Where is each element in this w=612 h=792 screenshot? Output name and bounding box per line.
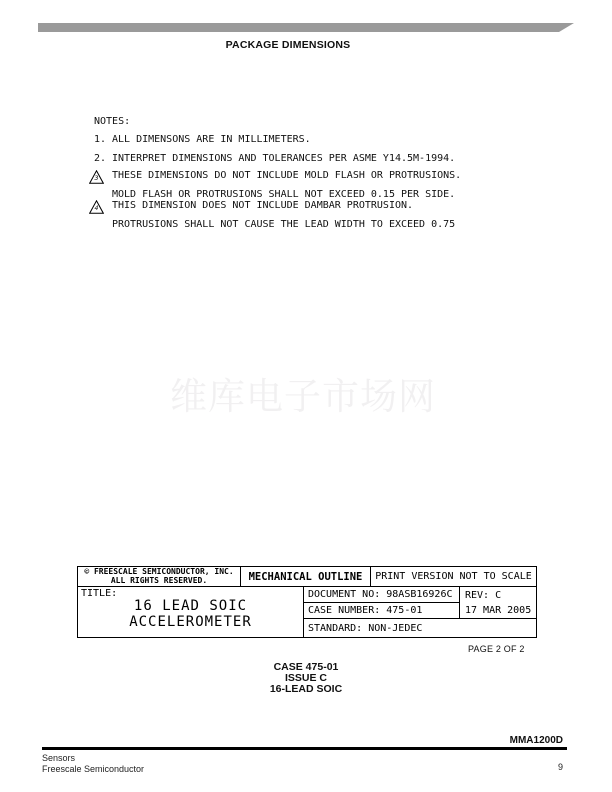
footer-left-block: Sensors Freescale Semiconductor [42, 753, 144, 774]
title-cell: TITLE: 16 LEAD SOIC ACCELEROMETER [78, 587, 304, 637]
note-number-1: 1. [94, 135, 112, 145]
document-code: MMA1200D [510, 735, 563, 746]
case-summary-block: CASE 475-01 ISSUE C 16-LEAD SOIC [0, 662, 612, 695]
revision-column: REV: C 17 MAR 2005 [460, 587, 536, 618]
footer-divider [42, 747, 567, 750]
note-text-3-line1: THESE DIMENSIONS DO NOT INCLUDE MOLD FLA… [112, 170, 461, 181]
footer-company: Freescale Semiconductor [42, 764, 144, 775]
footer-page-number: 9 [558, 762, 563, 772]
triangle-marker-icon: 4 [89, 200, 106, 214]
notes-heading: NOTES: [94, 116, 130, 127]
case-summary-line3: 16-LEAD SOIC [0, 684, 612, 695]
note-item-1: 1. ALL DIMENSONS ARE IN MILLIMETERS. [94, 135, 311, 145]
title-block-right-section: DOCUMENT NO: 98ASB16926C CASE NUMBER: 47… [304, 587, 536, 637]
watermark-text: 维库电子市场网 [170, 366, 450, 420]
copyright-line2: ALL RIGHTS RESERVED. [111, 577, 207, 586]
document-column: DOCUMENT NO: 98ASB16926C CASE NUMBER: 47… [304, 587, 460, 618]
note-text-2: INTERPRET DIMENSIONS AND TOLERANCES PER … [112, 154, 455, 164]
date-cell: 17 MAR 2005 [460, 603, 536, 618]
print-version-cell: PRINT VERSION NOT TO SCALE [371, 567, 536, 586]
note-text-1: ALL DIMENSONS ARE IN MILLIMETERS. [112, 135, 311, 145]
device-title: 16 LEAD SOIC ACCELEROMETER [78, 598, 303, 630]
note-text-4-line1: THIS DIMENSION DOES NOT INCLUDE DAMBAR P… [112, 200, 413, 211]
datasheet-page: PACKAGE DIMENSIONS 维库电子市场网 NOTES: 1. ALL… [0, 0, 612, 792]
note-item-4: 4 THIS DIMENSION DOES NOT INCLUDE DAMBAR… [89, 201, 455, 230]
note-text-3-line2: MOLD FLASH OR PROTRUSIONS SHALL NOT EXCE… [112, 189, 455, 200]
note-text-4-line2: PROTRUSIONS SHALL NOT CAUSE THE LEAD WID… [112, 219, 455, 230]
page-title: PACKAGE DIMENSIONS [0, 39, 576, 51]
note-number-4: 4 [89, 204, 104, 212]
mechanical-outline-cell: MECHANICAL OUTLINE [241, 567, 371, 586]
note-number-3: 3 [89, 174, 104, 182]
note-item-3: 3 THESE DIMENSIONS DO NOT INCLUDE MOLD F… [89, 171, 461, 200]
rev-cell: REV: C [460, 587, 536, 603]
document-no-cell: DOCUMENT NO: 98ASB16926C [304, 587, 459, 603]
title-block-body: TITLE: 16 LEAD SOIC ACCELEROMETER DOCUME… [78, 587, 536, 637]
title-block-header-row: © FREESCALE SEMICONDUCTOR, INC. ALL RIGH… [78, 567, 536, 587]
note-text-3: THESE DIMENSIONS DO NOT INCLUDE MOLD FLA… [112, 171, 461, 200]
copyright-cell: © FREESCALE SEMICONDUCTOR, INC. ALL RIGH… [78, 567, 241, 586]
top-banner-bar [38, 23, 574, 32]
doc-info-rows: DOCUMENT NO: 98ASB16926C CASE NUMBER: 47… [304, 587, 536, 619]
note-text-4: THIS DIMENSION DOES NOT INCLUDE DAMBAR P… [112, 201, 455, 230]
title-block-table: © FREESCALE SEMICONDUCTOR, INC. ALL RIGH… [77, 566, 537, 638]
device-title-line2: ACCELEROMETER [78, 614, 303, 630]
case-number-cell: CASE NUMBER: 475-01 [304, 603, 459, 618]
title-label: TITLE: [81, 588, 117, 599]
standard-cell: STANDARD: NON-JEDEC [304, 619, 536, 637]
footer-category: Sensors [42, 753, 144, 764]
note-item-2: 2. INTERPRET DIMENSIONS AND TOLERANCES P… [94, 154, 455, 164]
device-title-line1: 16 LEAD SOIC [78, 598, 303, 614]
triangle-marker-icon: 3 [89, 170, 106, 184]
note-number-2: 2. [94, 154, 112, 164]
page-of-label: PAGE 2 OF 2 [468, 644, 525, 654]
